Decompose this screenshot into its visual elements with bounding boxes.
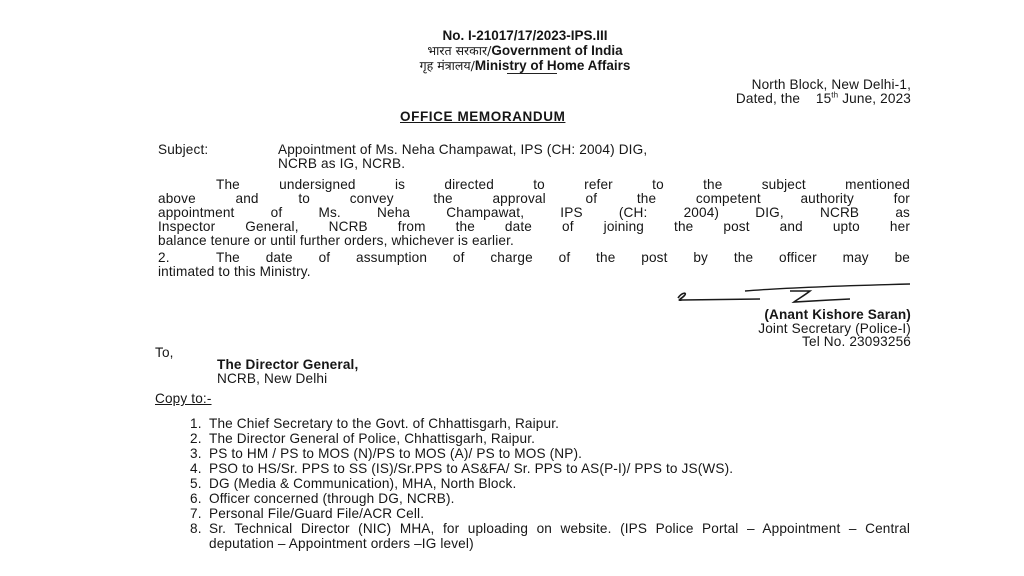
addressee-line-2: NCRB, New Delhi [217,371,327,386]
copy-to-item: 1.The Chief Secretary to the Govt. of Ch… [190,416,910,431]
copy-to-item-text: The Director General of Police, Chhattis… [209,431,535,446]
para2-line-1: The date of assumption of charge of the … [216,250,910,265]
copy-to-item: 8.Sr. Technical Director (NIC) MHA, for … [190,521,910,551]
dated-prefix: Dated, the [736,91,800,106]
para1-line-4: Inspector General, NCRB from the date of… [158,219,910,234]
copy-to-item: 2.The Director General of Police, Chhatt… [190,431,910,446]
para1-line-3: appointment of Ms. Neha Champawat, IPS (… [158,205,910,220]
file-number: No. I-21017/17/2023-IPS.III [300,28,750,44]
signature-icon [670,282,920,308]
copy-to-item-number: 5. [190,476,209,491]
copy-to-item: 4.PSO to HS/Sr. PPS to SS (IS)/Sr.PPS to… [190,461,910,476]
addressee-line-1: The Director General, [217,357,358,372]
copy-to-item-number: 1. [190,416,209,431]
date-day-suffix: th [831,90,838,99]
government-english: Government of India [491,43,622,58]
subject-label: Subject: [158,142,208,157]
copy-to-item: 5.DG (Media & Communication), MHA, North… [190,476,910,491]
ministry-english: Ministry of Home Affairs [475,58,631,73]
copy-to-item-text: Sr. Technical Director (NIC) MHA, for up… [209,521,910,551]
para1-line-2: above and to convey the approval of the … [158,191,910,206]
copy-to-item-number: 4. [190,461,209,476]
to-label: To, [155,345,174,360]
copy-to-item-text: DG (Media & Communication), MHA, North B… [209,476,516,491]
copy-to-item-number: 7. [190,506,209,521]
para1-line-1: The undersigned is directed to refer to … [216,177,910,192]
copy-to-item-number: 8. [190,521,209,551]
government-hindi: भारत सरकार/ [427,43,491,58]
office-memorandum-document: No. I-21017/17/2023-IPS.III भारत सरकार/G… [0,0,1024,576]
copy-to-item-text: PS to HM / PS to MOS (N)/PS to MOS (A)/ … [209,446,582,461]
government-line: भारत सरकार/Government of India [300,43,750,59]
copy-to-item-text: Personal File/Guard File/ACR Cell. [209,506,424,521]
copy-to-item-text: Officer concerned (through DG, NCRB). [209,491,455,506]
copy-to-label: Copy to:- [155,391,212,406]
memo-title: OFFICE MEMORANDUM [400,109,565,124]
copy-to-item-text: PSO to HS/Sr. PPS to SS (IS)/Sr.PPS to A… [209,461,733,476]
ministry-line: गृह मंत्रालय/Ministry of Home Affairs [300,58,750,74]
dated-line: Dated, the 15th June, 2023 [736,91,911,106]
date-month-year: June, 2023 [842,91,911,106]
date-day: 15 [816,91,831,106]
copy-to-item: 3.PS to HM / PS to MOS (N)/PS to MOS (A)… [190,446,910,461]
copy-to-item-number: 2. [190,431,209,446]
copy-to-item: 7.Personal File/Guard File/ACR Cell. [190,506,910,521]
signatory-name: (Anant Kishore Saran) [764,307,911,322]
copy-to-item-number: 3. [190,446,209,461]
para2-number: 2. [158,250,170,265]
para2-line-2: intimated to this Ministry. [158,264,311,279]
copy-to-item: 6.Officer concerned (through DG, NCRB). [190,491,910,506]
subject-line-2: NCRB as IG, NCRB. [278,156,405,171]
copy-to-item-text: The Chief Secretary to the Govt. of Chha… [209,416,559,431]
copy-to-list: 1.The Chief Secretary to the Govt. of Ch… [190,416,910,551]
para1-line-5: balance tenure or until further orders, … [158,233,514,248]
ministry-hindi: गृह मंत्रालय/ [420,58,475,73]
copy-to-item-number: 6. [190,491,209,506]
header-divider [507,73,557,74]
signatory-tel: Tel No. 23093256 [802,334,911,349]
subject-line-1: Appointment of Ms. Neha Champawat, IPS (… [278,142,647,157]
